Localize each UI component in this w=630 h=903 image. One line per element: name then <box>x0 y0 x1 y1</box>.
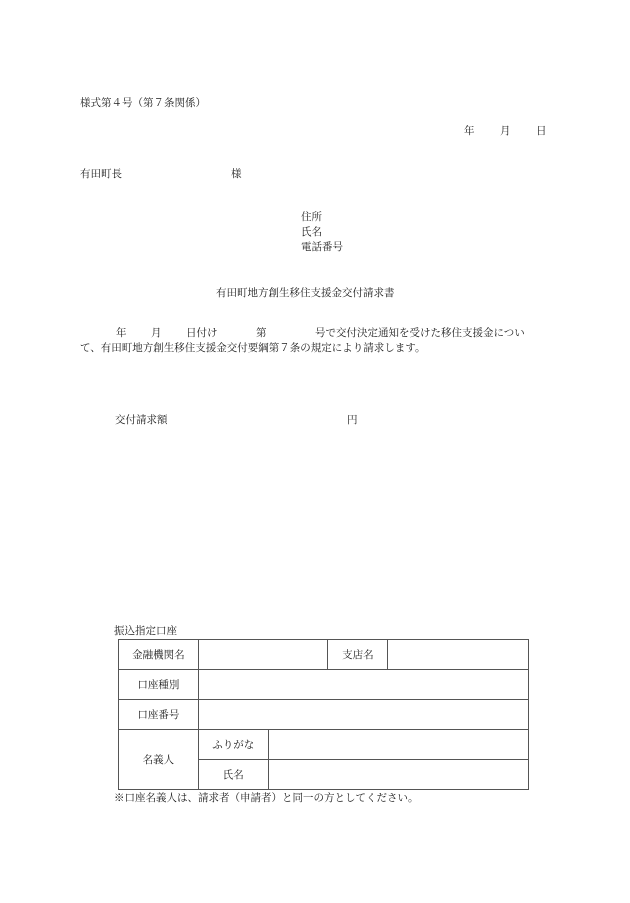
addressee-honorific: 様 <box>231 167 242 181</box>
addressee-name: 有田町長 <box>80 167 122 181</box>
bank-account-table: 金融機関名 支店名 口座種別 口座番号 名義人 ふりがな 氏名 <box>118 639 529 790</box>
table-row: 金融機関名 支店名 <box>119 640 529 670</box>
furigana-field[interactable] <box>268 730 528 760</box>
table-row: 口座番号 <box>119 700 529 730</box>
date-month-label: 月 <box>500 124 511 138</box>
account-number-field[interactable] <box>198 700 528 730</box>
document-title: 有田町地方創生移住支援金交付請求書 <box>216 286 395 300</box>
body-year: 年 <box>116 326 127 340</box>
account-number-label: 口座番号 <box>119 700 199 730</box>
branch-field[interactable] <box>388 640 529 670</box>
holder-label: 名義人 <box>119 730 199 790</box>
account-type-field[interactable] <box>198 670 528 700</box>
account-type-label: 口座種別 <box>119 670 199 700</box>
holder-name-field[interactable] <box>268 760 528 790</box>
applicant-address-label: 住所 <box>301 210 322 224</box>
amount-unit: 円 <box>347 413 358 427</box>
body-line1-rest: 号で交付決定通知を受けた移住支援金につい <box>315 326 525 340</box>
bank-section-label: 振込指定口座 <box>114 624 177 638</box>
applicant-name-label: 氏名 <box>301 225 322 239</box>
body-day-dated: 日付け <box>186 326 218 340</box>
form-number: 様式第４号（第７条関係） <box>80 96 206 110</box>
holder-name-label: 氏名 <box>198 760 268 790</box>
institution-label: 金融機関名 <box>119 640 199 670</box>
institution-field[interactable] <box>198 640 328 670</box>
table-row: 口座種別 <box>119 670 529 700</box>
amount-label: 交付請求額 <box>115 413 168 427</box>
body-line2: て、有田町地方創生移住支援金交付要綱第７条の規定により請求します。 <box>80 341 425 355</box>
applicant-phone-label: 電話番号 <box>301 240 343 254</box>
body-dai: 第 <box>256 326 267 340</box>
bank-note: ※口座名義人は、請求者（申請者）と同一の方としてください。 <box>114 791 419 805</box>
branch-label: 支店名 <box>328 640 388 670</box>
date-day-label: 日 <box>536 124 547 138</box>
body-month: 月 <box>151 326 162 340</box>
date-year-label: 年 <box>464 124 475 138</box>
table-row: 名義人 ふりがな <box>119 730 529 760</box>
furigana-label: ふりがな <box>198 730 268 760</box>
